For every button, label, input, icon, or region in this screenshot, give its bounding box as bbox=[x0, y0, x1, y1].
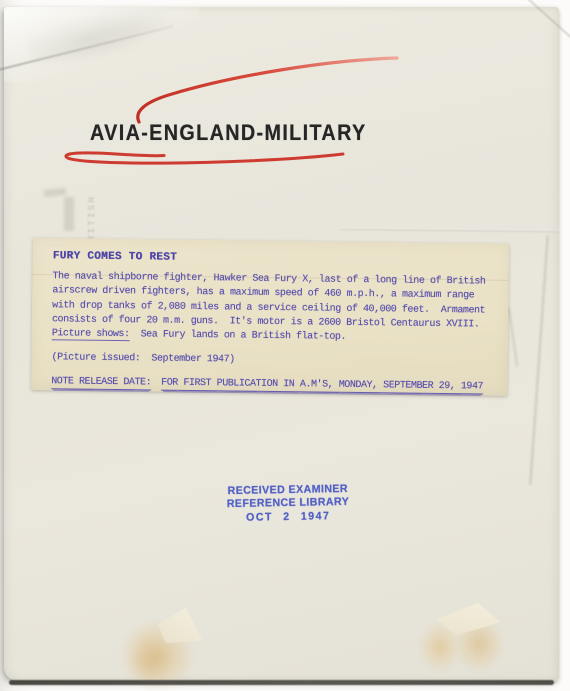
photo-bottom-edge-shadow bbox=[9, 680, 554, 685]
release-date-label: NOTE RELEASE DATE: bbox=[51, 376, 151, 390]
picture-shows-label: Picture shows: bbox=[52, 328, 130, 341]
caption-title: FURY COMES TO REST bbox=[53, 250, 495, 267]
ink-smudge bbox=[44, 188, 67, 197]
top-right-crease bbox=[514, 0, 570, 50]
category-heading: AVIA-ENGLAND-MILITARY bbox=[90, 120, 367, 146]
picture-issued-line: (Picture issued: September 1947) bbox=[51, 352, 493, 372]
caption-label: FURY COMES TO REST The naval shipborne f… bbox=[31, 238, 509, 396]
scan-background: AVIA-ENGLAND-MILITARY BRITISH FURY COMES… bbox=[0, 0, 570, 691]
photo-back-paper: AVIA-ENGLAND-MILITARY BRITISH FURY COMES… bbox=[4, 7, 559, 681]
ghost-vertical-stamp: BRITISH bbox=[86, 169, 97, 249]
stamp-date: OCT 2 1947 bbox=[224, 510, 352, 525]
small-wrinkle bbox=[508, 307, 518, 367]
picture-shows-text: Sea Fury lands on a British flat-top. bbox=[129, 329, 346, 343]
tape-stain-right bbox=[412, 602, 516, 678]
tape-stain-left bbox=[112, 607, 212, 691]
release-date-line: NOTE RELEASE DATE:FOR FIRST PUBLICATION … bbox=[51, 375, 493, 395]
ink-smudge bbox=[64, 197, 74, 231]
red-underline-loop bbox=[66, 153, 343, 163]
stamp-line-2: REFERENCE LIBRARY bbox=[224, 495, 352, 510]
release-date-text: FOR FIRST PUBLICATION IN A.M'S, MONDAY, … bbox=[161, 377, 483, 394]
library-received-stamp: RECEIVED EXAMINER REFERENCE LIBRARY OCT … bbox=[224, 483, 353, 525]
horizontal-crease bbox=[341, 228, 559, 232]
right-vertical-crease bbox=[529, 235, 548, 485]
